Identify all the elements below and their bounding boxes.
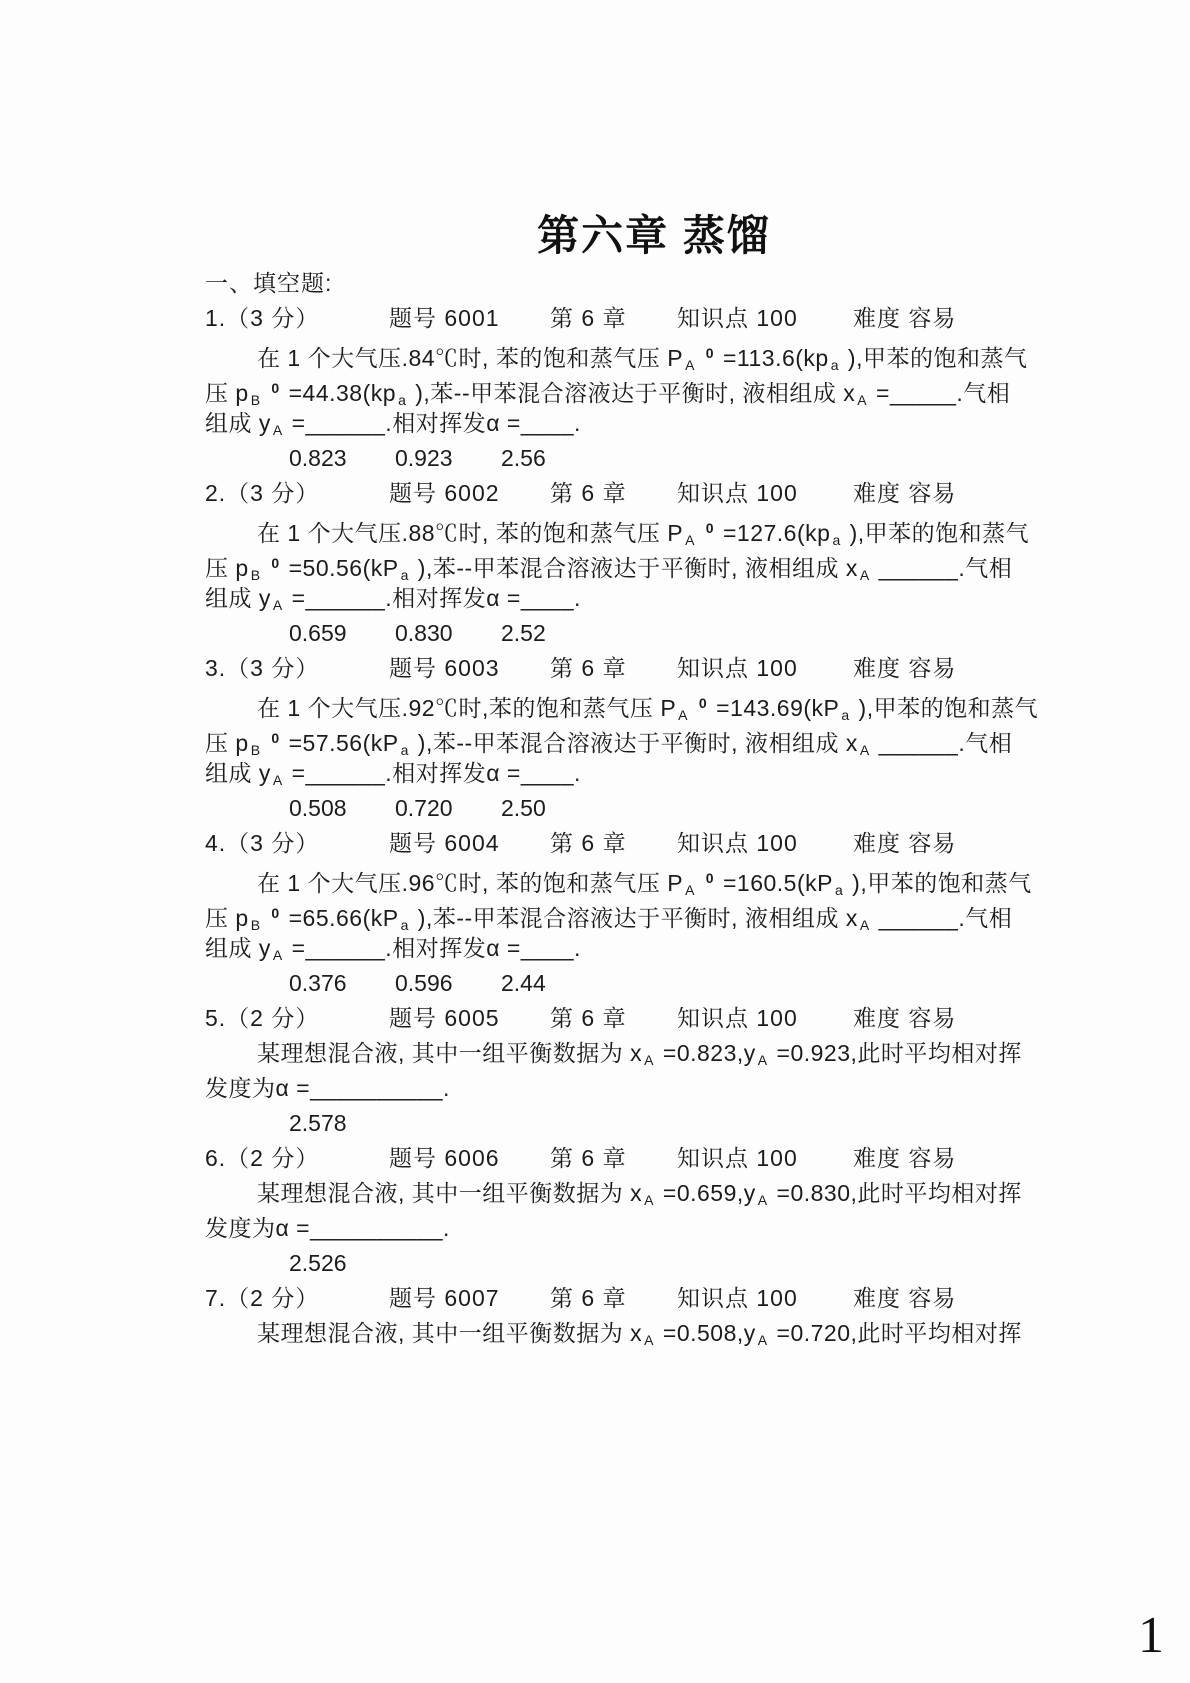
question-number-score: 1.（3 分） bbox=[205, 301, 319, 336]
question-id: 题号 6003 bbox=[389, 651, 500, 686]
text-segment bbox=[697, 520, 704, 546]
text-segment: ),甲苯的饱和蒸气 bbox=[852, 695, 1038, 721]
knowledge-point: 知识点 100 bbox=[677, 651, 798, 686]
question-header: 3.（3 分）题号 6003第 6 章知识点 100难度 容易 bbox=[205, 651, 1005, 686]
subscript: A bbox=[858, 567, 872, 583]
text-segment: =0.823,y bbox=[656, 1040, 756, 1066]
question-text-line: 压 pB 0 =44.38(kpa ),苯--甲苯混合溶液达于平衡时, 液相组成… bbox=[205, 371, 1005, 406]
question-2: 2.（3 分）题号 6002第 6 章知识点 100难度 容易在 1 个大气压.… bbox=[205, 476, 1005, 651]
text-segment: 在 1 个大气压.84℃时, 苯的饱和蒸气压 P bbox=[257, 345, 683, 371]
answer-value: 2.526 bbox=[289, 1246, 395, 1281]
question-text-line: 某理想混合液, 其中一组平衡数据为 xA =0.659,yA =0.830,此时… bbox=[205, 1176, 1005, 1211]
answer-value: 0.659 bbox=[289, 616, 395, 651]
text-segment: ______.气相 bbox=[872, 555, 1013, 581]
knowledge-point: 知识点 100 bbox=[677, 1001, 798, 1036]
question-6: 6.（2 分）题号 6006第 6 章知识点 100难度 容易某理想混合液, 其… bbox=[205, 1141, 1005, 1281]
text-segment: =50.56(kP bbox=[282, 555, 399, 581]
text-segment: 压 p bbox=[205, 730, 249, 756]
text-segment: 某理想混合液, 其中一组平衡数据为 x bbox=[257, 1320, 642, 1346]
text-segment: 某理想混合液, 其中一组平衡数据为 x bbox=[257, 1180, 642, 1206]
answer-line: 2.578 bbox=[205, 1106, 1005, 1141]
question-number-score: 3.（3 分） bbox=[205, 651, 319, 686]
answer-value: 0.508 bbox=[289, 791, 395, 826]
text-segment: 发度为α =__________. bbox=[205, 1075, 450, 1101]
question-header: 1.（3 分）题号 6001第 6 章知识点 100难度 容易 bbox=[205, 301, 1005, 336]
text-segment: 组成 y bbox=[205, 760, 271, 786]
subscript: A bbox=[271, 597, 285, 613]
subscript: A bbox=[756, 1192, 770, 1208]
knowledge-point: 知识点 100 bbox=[677, 1141, 798, 1176]
question-text-line: 在 1 个大气压.84℃时, 苯的饱和蒸气压 PA 0 =113.6(kpa )… bbox=[205, 336, 1005, 371]
document-page: 第六章 蒸馏 一、填空题: 1.（3 分）题号 6001第 6 章知识点 100… bbox=[0, 0, 1190, 1683]
text-segment: =143.69(kP bbox=[709, 695, 839, 721]
question-text-line: 组成 yA =______.相对挥发α =____. bbox=[205, 581, 1005, 616]
text-segment: ______.气相 bbox=[872, 730, 1013, 756]
question-number-score: 7.（2 分） bbox=[205, 1281, 319, 1316]
subscript: A bbox=[855, 392, 869, 408]
text-segment: 压 p bbox=[205, 555, 249, 581]
subscript: A bbox=[858, 917, 872, 933]
text-segment: ______.气相 bbox=[872, 905, 1013, 931]
text-segment: =65.66(kP bbox=[282, 905, 399, 931]
question-text-line: 发度为α =__________. bbox=[205, 1211, 1005, 1246]
text-segment: ),甲苯的饱和蒸气 bbox=[841, 345, 1027, 371]
text-segment: =______.相对挥发α =____. bbox=[285, 410, 581, 436]
chapter-ref: 第 6 章 bbox=[550, 301, 627, 336]
subscript: A bbox=[271, 772, 285, 788]
section-header: 一、填空题: bbox=[205, 266, 1005, 301]
question-id: 题号 6006 bbox=[389, 1141, 500, 1176]
subscript: A bbox=[756, 1332, 770, 1348]
knowledge-point: 知识点 100 bbox=[677, 301, 798, 336]
chapter-title: 第六章 蒸馏 bbox=[0, 203, 1190, 263]
text-segment: 压 p bbox=[205, 905, 249, 931]
answer-line: 0.3760.5962.44 bbox=[205, 966, 1005, 1001]
question-header: 4.（3 分）题号 6004第 6 章知识点 100难度 容易 bbox=[205, 826, 1005, 861]
superscript: 0 bbox=[704, 520, 716, 536]
question-id: 题号 6007 bbox=[389, 1281, 500, 1316]
subscript: A bbox=[271, 947, 285, 963]
text-segment: =_____.气相 bbox=[869, 380, 1010, 406]
superscript: 0 bbox=[704, 870, 716, 886]
question-text-line: 压 pB 0 =65.66(kPa ),苯--甲苯混合溶液达于平衡时, 液相组成… bbox=[205, 896, 1005, 931]
question-header: 5.（2 分）题号 6005第 6 章知识点 100难度 容易 bbox=[205, 1001, 1005, 1036]
knowledge-point: 知识点 100 bbox=[677, 1281, 798, 1316]
chapter-ref: 第 6 章 bbox=[550, 651, 627, 686]
superscript: 0 bbox=[269, 555, 281, 571]
text-segment: =0.830,此时平均相对挥 bbox=[770, 1180, 1022, 1206]
question-text-line: 压 pB 0 =57.56(kPa ),苯--甲苯混合溶液达于平衡时, 液相组成… bbox=[205, 721, 1005, 756]
text-segment: 在 1 个大气压.96℃时, 苯的饱和蒸气压 P bbox=[257, 870, 683, 896]
chapter-ref: 第 6 章 bbox=[550, 826, 627, 861]
question-text-line: 组成 yA =______.相对挥发α =____. bbox=[205, 931, 1005, 966]
answer-value: 0.823 bbox=[289, 441, 395, 476]
text-segment: 组成 y bbox=[205, 410, 271, 436]
text-segment: 组成 y bbox=[205, 585, 271, 611]
text-segment: =127.6(kp bbox=[716, 520, 830, 546]
text-segment bbox=[697, 345, 704, 371]
answer-value: 0.720 bbox=[395, 791, 501, 826]
answer-value: 2.56 bbox=[501, 441, 607, 476]
answer-value: 2.50 bbox=[501, 791, 607, 826]
question-text-line: 组成 yA =______.相对挥发α =____. bbox=[205, 406, 1005, 441]
difficulty: 难度 容易 bbox=[853, 1141, 956, 1176]
answer-value: 0.830 bbox=[395, 616, 501, 651]
question-text-line: 某理想混合液, 其中一组平衡数据为 xA =0.823,yA =0.923,此时… bbox=[205, 1036, 1005, 1071]
answer-value: 2.578 bbox=[289, 1106, 395, 1141]
answer-line: 0.5080.7202.50 bbox=[205, 791, 1005, 826]
subscript: A bbox=[642, 1052, 656, 1068]
document-content: 一、填空题: 1.（3 分）题号 6001第 6 章知识点 100难度 容易在 … bbox=[205, 266, 1005, 1351]
answer-value: 0.596 bbox=[395, 966, 501, 1001]
chapter-ref: 第 6 章 bbox=[550, 1281, 627, 1316]
chapter-ref: 第 6 章 bbox=[550, 1141, 627, 1176]
text-segment: =44.38(kp bbox=[282, 380, 396, 406]
text-segment: =0.659,y bbox=[656, 1180, 756, 1206]
difficulty: 难度 容易 bbox=[853, 301, 956, 336]
question-5: 5.（2 分）题号 6005第 6 章知识点 100难度 容易某理想混合液, 其… bbox=[205, 1001, 1005, 1141]
question-number-score: 2.（3 分） bbox=[205, 476, 319, 511]
superscript: 0 bbox=[697, 695, 709, 711]
difficulty: 难度 容易 bbox=[853, 476, 956, 511]
chapter-ref: 第 6 章 bbox=[550, 476, 627, 511]
question-text-line: 发度为α =__________. bbox=[205, 1071, 1005, 1106]
text-segment: ),苯--甲苯混合溶液达于平衡时, 液相组成 x bbox=[408, 380, 855, 406]
questions-list: 1.（3 分）题号 6001第 6 章知识点 100难度 容易在 1 个大气压.… bbox=[205, 301, 1005, 1351]
text-segment: 在 1 个大气压.88℃时, 苯的饱和蒸气压 P bbox=[257, 520, 683, 546]
superscript: 0 bbox=[269, 905, 281, 921]
question-text-line: 在 1 个大气压.88℃时, 苯的饱和蒸气压 PA 0 =127.6(kpa )… bbox=[205, 511, 1005, 546]
subscript: A bbox=[271, 422, 285, 438]
text-segment: =______.相对挥发α =____. bbox=[285, 585, 581, 611]
text-segment: ),甲苯的饱和蒸气 bbox=[843, 520, 1029, 546]
question-number-score: 4.（3 分） bbox=[205, 826, 319, 861]
answer-line: 2.526 bbox=[205, 1246, 1005, 1281]
answer-value: 2.52 bbox=[501, 616, 607, 651]
text-segment: 某理想混合液, 其中一组平衡数据为 x bbox=[257, 1040, 642, 1066]
text-segment: 组成 y bbox=[205, 935, 271, 961]
difficulty: 难度 容易 bbox=[853, 1001, 956, 1036]
text-segment: =0.923,此时平均相对挥 bbox=[770, 1040, 1022, 1066]
text-segment: =160.5(kP bbox=[716, 870, 833, 896]
text-segment: =0.720,此时平均相对挥 bbox=[770, 1320, 1022, 1346]
answer-line: 0.8230.9232.56 bbox=[205, 441, 1005, 476]
question-number-score: 6.（2 分） bbox=[205, 1141, 319, 1176]
question-number-score: 5.（2 分） bbox=[205, 1001, 319, 1036]
question-id: 题号 6002 bbox=[389, 476, 500, 511]
subscript: A bbox=[642, 1332, 656, 1348]
subscript: A bbox=[858, 742, 872, 758]
superscript: 0 bbox=[269, 380, 281, 396]
question-text-line: 某理想混合液, 其中一组平衡数据为 xA =0.508,yA =0.720,此时… bbox=[205, 1316, 1005, 1351]
subscript: A bbox=[642, 1192, 656, 1208]
difficulty: 难度 容易 bbox=[853, 651, 956, 686]
question-id: 题号 6005 bbox=[389, 1001, 500, 1036]
text-segment: 发度为α =__________. bbox=[205, 1215, 450, 1241]
text-segment: =______.相对挥发α =____. bbox=[285, 935, 581, 961]
text-segment: =57.56(kP bbox=[282, 730, 399, 756]
text-segment: =______.相对挥发α =____. bbox=[285, 760, 581, 786]
question-4: 4.（3 分）题号 6004第 6 章知识点 100难度 容易在 1 个大气压.… bbox=[205, 826, 1005, 1001]
knowledge-point: 知识点 100 bbox=[677, 826, 798, 861]
answer-value: 2.44 bbox=[501, 966, 607, 1001]
question-header: 2.（3 分）题号 6002第 6 章知识点 100难度 容易 bbox=[205, 476, 1005, 511]
difficulty: 难度 容易 bbox=[853, 826, 956, 861]
question-header: 6.（2 分）题号 6006第 6 章知识点 100难度 容易 bbox=[205, 1141, 1005, 1176]
question-id: 题号 6004 bbox=[389, 826, 500, 861]
answer-value: 0.923 bbox=[395, 441, 501, 476]
text-segment: =0.508,y bbox=[656, 1320, 756, 1346]
text-segment: =113.6(kp bbox=[716, 345, 829, 371]
subscript: A bbox=[756, 1052, 770, 1068]
superscript: 0 bbox=[269, 730, 281, 746]
question-header: 7.（2 分）题号 6007第 6 章知识点 100难度 容易 bbox=[205, 1281, 1005, 1316]
question-1: 1.（3 分）题号 6001第 6 章知识点 100难度 容易在 1 个大气压.… bbox=[205, 301, 1005, 476]
text-segment: ),苯--甲苯混合溶液达于平衡时, 液相组成 x bbox=[411, 905, 858, 931]
question-text-line: 在 1 个大气压.92℃时,苯的饱和蒸气压 PA 0 =143.69(kPa )… bbox=[205, 686, 1005, 721]
question-text-line: 压 pB 0 =50.56(kPa ),苯--甲苯混合溶液达于平衡时, 液相组成… bbox=[205, 546, 1005, 581]
question-text-line: 组成 yA =______.相对挥发α =____. bbox=[205, 756, 1005, 791]
knowledge-point: 知识点 100 bbox=[677, 476, 798, 511]
question-id: 题号 6001 bbox=[389, 301, 500, 336]
text-segment: ),甲苯的饱和蒸气 bbox=[845, 870, 1031, 896]
answer-line: 0.6590.8302.52 bbox=[205, 616, 1005, 651]
question-3: 3.（3 分）题号 6003第 6 章知识点 100难度 容易在 1 个大气压.… bbox=[205, 651, 1005, 826]
difficulty: 难度 容易 bbox=[853, 1281, 956, 1316]
text-segment: ),苯--甲苯混合溶液达于平衡时, 液相组成 x bbox=[411, 730, 858, 756]
page-number: 1 bbox=[1138, 1606, 1164, 1665]
question-7: 7.（2 分）题号 6007第 6 章知识点 100难度 容易某理想混合液, 其… bbox=[205, 1281, 1005, 1351]
question-text-line: 在 1 个大气压.96℃时, 苯的饱和蒸气压 PA 0 =160.5(kPa )… bbox=[205, 861, 1005, 896]
chapter-ref: 第 6 章 bbox=[550, 1001, 627, 1036]
answer-value: 0.376 bbox=[289, 966, 395, 1001]
text-segment bbox=[690, 695, 697, 721]
text-segment: ),苯--甲苯混合溶液达于平衡时, 液相组成 x bbox=[411, 555, 858, 581]
text-segment: 在 1 个大气压.92℃时,苯的饱和蒸气压 P bbox=[257, 695, 676, 721]
text-segment bbox=[697, 870, 704, 896]
text-segment: 压 p bbox=[205, 380, 249, 406]
superscript: 0 bbox=[704, 345, 716, 361]
